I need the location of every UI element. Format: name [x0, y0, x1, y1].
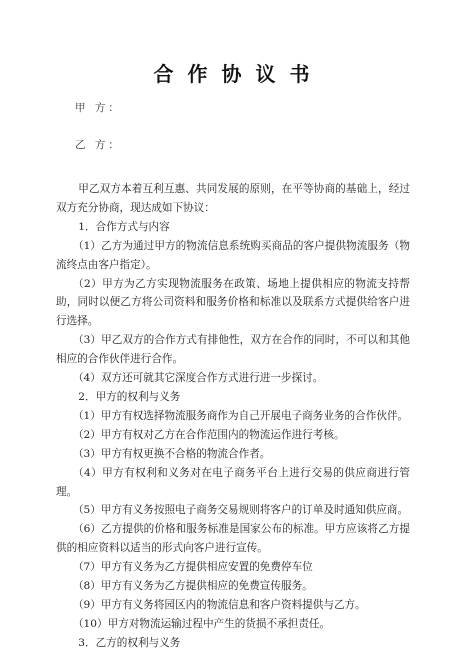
clause: （2）甲方为乙方实现物流服务在政策、场地上提供相应的物流支持帮助，同时以便乙方将… — [56, 275, 410, 332]
clause: （1）甲方有权选择物流服务商作为自己开展电子商务业务的合作伙伴。 — [56, 407, 410, 426]
section-heading: 2．甲方的权利与义务 — [56, 388, 410, 407]
intro-paragraph: 甲乙双方本着互利互惠、共同发展的原则，在平等协商的基础上，经过双方充分协商，现达… — [56, 180, 410, 218]
agreement-body: 甲乙双方本着互利互惠、共同发展的原则，在平等协商的基础上，经过双方充分协商，现达… — [56, 180, 410, 653]
clause: （1）乙方为通过甲方的物流信息系统购买商品的客户提供物流服务（物流终点由客户指定… — [56, 237, 410, 275]
clause: （4）甲方有权利和义务对在电子商务平台上进行交易的供应商进行管理。 — [56, 464, 410, 502]
document-title: 合作协议书 — [0, 58, 463, 87]
clause: （7）甲方有义务为乙方提供相应安置的免费停车位 — [56, 558, 410, 577]
clause: （4）双方还可就其它深度合作方式进行进一步探讨。 — [56, 369, 410, 388]
clause: （8）甲方有义务为乙方提供相应的免费宣传服务。 — [56, 577, 410, 596]
clause: （3）甲方有权更换不合格的物流合作者。 — [56, 445, 410, 464]
clause: （9）甲方有义务将园区内的物流信息和客户资料提供与乙方。 — [56, 596, 410, 615]
clause: （10）甲方对物流运输过程中产生的货损不承担责任。 — [56, 615, 410, 634]
clause: （3）甲乙双方的合作方式有排他性，双方在合作的同时，不可以和其他相应的合作伙伴进… — [56, 331, 410, 369]
clause: （2）甲方有权对乙方在合作范围内的物流运作进行考核。 — [56, 426, 410, 445]
clause: （5）甲方有义务按照电子商务交易规则将客户的订单及时通知供应商。 — [56, 501, 410, 520]
section-heading: 1．合作方式与内容 — [56, 218, 410, 237]
party-a-label: 甲 方： — [75, 100, 122, 115]
party-b-label: 乙 方： — [75, 137, 122, 152]
section-heading: 3．乙方的权利与义务 — [56, 634, 410, 653]
clause: （6）乙方提供的价格和服务标准是国家公布的标准。甲方应该将乙方提供的相应资料以适… — [56, 520, 410, 558]
